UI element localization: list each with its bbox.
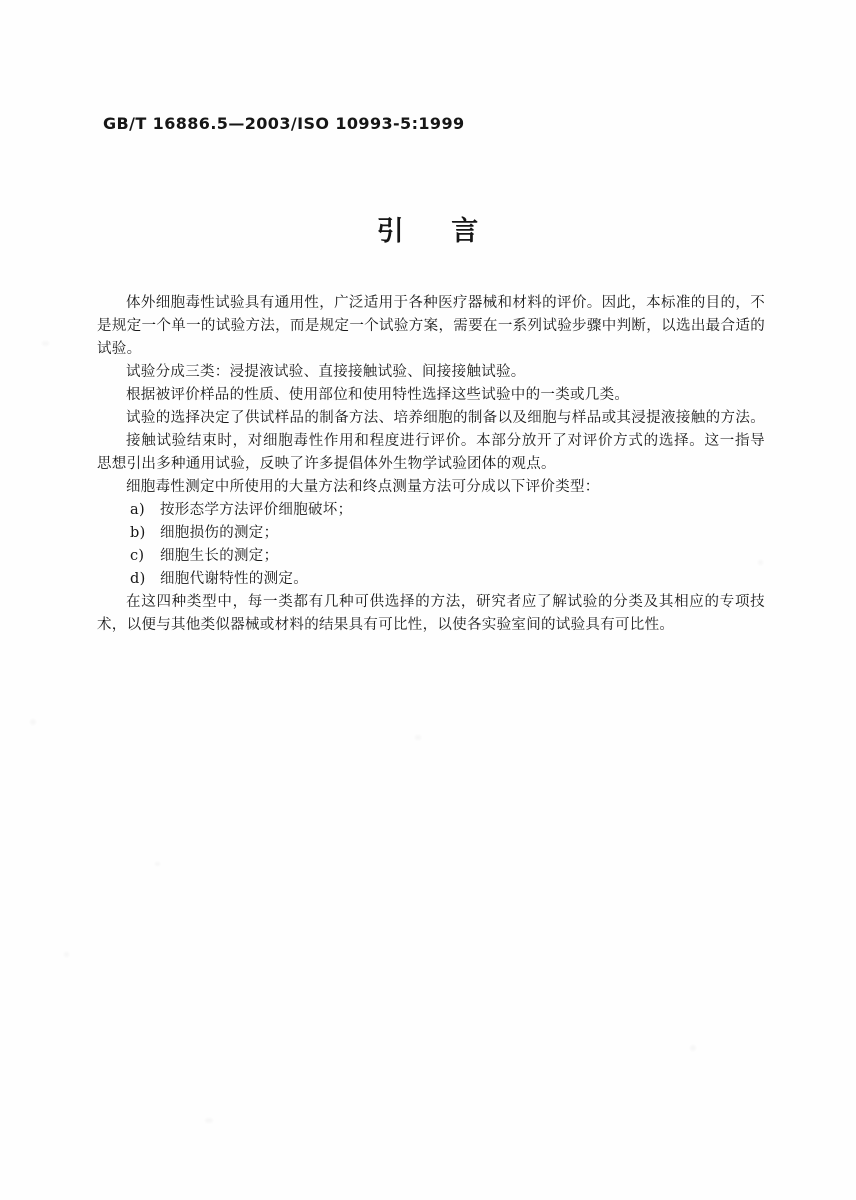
scan-speckle — [415, 735, 421, 740]
list-item: c) 细胞生长的测定； — [97, 545, 765, 568]
text-line: 试验。 — [97, 338, 765, 361]
scan-speckle — [758, 560, 763, 565]
scan-speckle — [690, 1045, 696, 1051]
list-item: d) 细胞代谢特性的测定。 — [97, 568, 765, 591]
list-item: a) 按形态学方法评价细胞破坏； — [97, 499, 765, 522]
list-item-text: 细胞生长的测定； — [160, 545, 278, 568]
page-title: 引 言 — [0, 209, 856, 248]
list-item-marker: c) — [130, 545, 160, 568]
text-line: 根据被评价样品的性质、使用部位和使用特性选择这些试验中的一类或几类。 — [97, 384, 765, 407]
scan-speckle — [30, 719, 36, 725]
list-item-text: 按形态学方法评价细胞破坏； — [160, 499, 352, 522]
text-line: 细胞毒性测定中所使用的大量方法和终点测量方法可分成以下评价类型： — [97, 476, 765, 499]
list-item-text: 细胞损伤的测定； — [160, 522, 278, 545]
text-line: 思想引出多种通用试验，反映了许多提倡体外生物学试验团体的观点。 — [97, 453, 765, 476]
body-text: 体外细胞毒性试验具有通用性，广泛适用于各种医疗器械和材料的评价。因此，本标准的目… — [97, 292, 765, 637]
scan-speckle — [155, 862, 160, 866]
scan-speckle — [42, 341, 49, 346]
text-line: 试验的选择决定了供试样品的制备方法、培养细胞的制备以及细胞与样品或其浸提液接触的… — [97, 407, 765, 430]
list-item-text: 细胞代谢特性的测定。 — [160, 568, 308, 591]
document-page: GB/T 16886.5—2003/ISO 10993-5:1999 引 言 体… — [0, 0, 856, 1200]
list-item: b) 细胞损伤的测定； — [97, 522, 765, 545]
text-line: 是规定一个单一的试验方法，而是规定一个试验方案，需要在一系列试验步骤中判断，以选… — [97, 315, 765, 338]
text-line: 在这四种类型中，每一类都有几种可供选择的方法，研究者应了解试验的分类及其相应的专… — [97, 591, 765, 614]
text-line: 体外细胞毒性试验具有通用性，广泛适用于各种医疗器械和材料的评价。因此，本标准的目… — [97, 292, 765, 315]
standard-code-header: GB/T 16886.5—2003/ISO 10993-5:1999 — [103, 114, 465, 133]
list-item-marker: b) — [130, 522, 160, 545]
text-line: 试验分成三类：浸提液试验、直接接触试验、间接接触试验。 — [97, 361, 765, 384]
list-item-marker: a) — [130, 499, 160, 522]
text-line: 接触试验结束时，对细胞毒性作用和程度进行评价。本部分放开了对评价方式的选择。这一… — [97, 430, 765, 453]
scan-speckle — [205, 1118, 213, 1123]
list-item-marker: d) — [130, 568, 160, 591]
text-line: 术，以便与其他类似器械或材料的结果具有可比性，以使各实验室间的试验具有可比性。 — [97, 614, 765, 637]
scan-speckle — [64, 952, 69, 957]
